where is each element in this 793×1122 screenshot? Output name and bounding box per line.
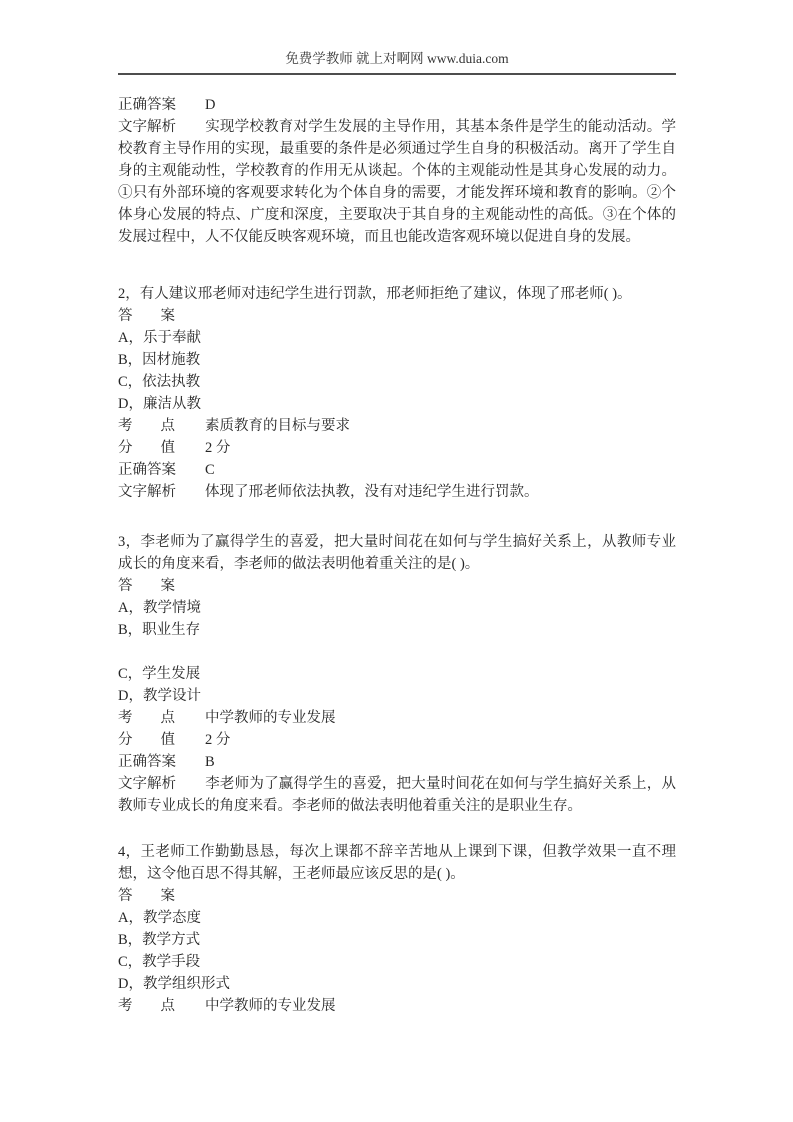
blank-line <box>118 641 676 663</box>
correct-answer-value: C <box>205 462 215 478</box>
exam-point-label: 考点 <box>118 415 175 437</box>
analysis-text: 体现了邢老师依法执教，没有对违纪学生进行罚款。 <box>205 484 539 500</box>
correct-answer-row: 正确答案C <box>118 459 676 481</box>
option-c: C，学生发展 <box>118 663 676 685</box>
analysis-label: 文字解析 <box>118 116 175 138</box>
analysis-label: 文字解析 <box>118 481 175 503</box>
analysis-row: 文字解析实现学校教育对学生发展的主导作用，其基本条件是学生的能动活动。学校教育主… <box>118 116 676 248</box>
score-label: 分值 <box>118 437 175 459</box>
document-page: 免费学教师 就上对啊网 www.duia.com 正确答案D 文字解析实现学校教… <box>0 0 793 1122</box>
question-2-block: 2，有人建议邢老师对违纪学生进行罚款，邢老师拒绝了建议，体现了邢老师( )。 答… <box>118 283 676 503</box>
score-value: 2 分 <box>205 440 230 456</box>
question-1-answer-block: 正确答案D 文字解析实现学校教育对学生发展的主导作用，其基本条件是学生的能动活动… <box>118 94 676 248</box>
answer-label: 答案 <box>118 305 175 327</box>
question-3-block: 3，李老师为了赢得学生的喜爱，把大量时间花在如何与学生搞好关系上，从教师专业成长… <box>118 531 676 817</box>
option-d: D，廉洁从教 <box>118 393 676 415</box>
analysis-label: 文字解析 <box>118 773 175 795</box>
option-c: C，依法执教 <box>118 371 676 393</box>
exam-point-value: 中学教师的专业发展 <box>205 998 336 1014</box>
exam-point-row: 考点中学教师的专业发展 <box>118 995 676 1017</box>
correct-answer-value: B <box>205 754 215 770</box>
exam-point-value: 素质教育的目标与要求 <box>205 418 350 434</box>
question-4-block: 4，王老师工作勤勤恳恳，每次上课都不辞辛苦地从上课到下课，但教学效果一直不理想，… <box>118 841 676 1017</box>
correct-answer-value: D <box>205 97 215 113</box>
answer-label: 答案 <box>118 885 175 907</box>
header-divider <box>118 73 676 75</box>
question-text: 3，李老师为了赢得学生的喜爱，把大量时间花在如何与学生搞好关系上，从教师专业成长… <box>118 531 676 575</box>
answer-label: 答案 <box>118 575 175 597</box>
option-a: A，教学态度 <box>118 907 676 929</box>
analysis-row: 文字解析李老师为了赢得学生的喜爱，把大量时间花在如何与学生搞好关系上，从教师专业… <box>118 773 676 817</box>
option-c: C，教学手段 <box>118 951 676 973</box>
exam-point-row: 考点素质教育的目标与要求 <box>118 415 676 437</box>
site-slogan: 免费学教师 就上对啊网 www.duia.com <box>285 51 508 66</box>
correct-answer-row: 正确答案D <box>118 94 676 116</box>
option-b: B，因材施教 <box>118 349 676 371</box>
option-d: D，教学设计 <box>118 685 676 707</box>
score-label: 分值 <box>118 729 175 751</box>
option-a: A，乐于奉献 <box>118 327 676 349</box>
score-row: 分值2 分 <box>118 437 676 459</box>
exam-point-row: 考点中学教师的专业发展 <box>118 707 676 729</box>
page-header: 免费学教师 就上对啊网 www.duia.com <box>118 0 676 67</box>
exam-point-label: 考点 <box>118 707 175 729</box>
question-text: 4，王老师工作勤勤恳恳，每次上课都不辞辛苦地从上课到下课，但教学效果一直不理想，… <box>118 841 676 885</box>
option-a: A，教学情境 <box>118 597 676 619</box>
document-content: 正确答案D 文字解析实现学校教育对学生发展的主导作用，其基本条件是学生的能动活动… <box>118 94 676 1017</box>
score-row: 分值2 分 <box>118 729 676 751</box>
analysis-text: 实现学校教育对学生发展的主导作用，其基本条件是学生的能动活动。学校教育主导作用的… <box>118 119 676 245</box>
option-d: D，教学组织形式 <box>118 973 676 995</box>
correct-answer-label: 正确答案 <box>118 94 175 116</box>
correct-answer-row: 正确答案B <box>118 751 676 773</box>
option-b: B，职业生存 <box>118 619 676 641</box>
correct-answer-label: 正确答案 <box>118 459 175 481</box>
answer-label-row: 答案 <box>118 575 676 597</box>
correct-answer-label: 正确答案 <box>118 751 175 773</box>
option-b: B，教学方式 <box>118 929 676 951</box>
answer-label-row: 答案 <box>118 305 676 327</box>
answer-label-row: 答案 <box>118 885 676 907</box>
analysis-text: 李老师为了赢得学生的喜爱，把大量时间花在如何与学生搞好关系上，从教师专业成长的角… <box>118 776 676 814</box>
analysis-row: 文字解析体现了邢老师依法执教，没有对违纪学生进行罚款。 <box>118 481 676 503</box>
exam-point-value: 中学教师的专业发展 <box>205 710 336 726</box>
exam-point-label: 考点 <box>118 995 175 1017</box>
score-value: 2 分 <box>205 732 230 748</box>
question-text: 2，有人建议邢老师对违纪学生进行罚款，邢老师拒绝了建议，体现了邢老师( )。 <box>118 283 676 305</box>
